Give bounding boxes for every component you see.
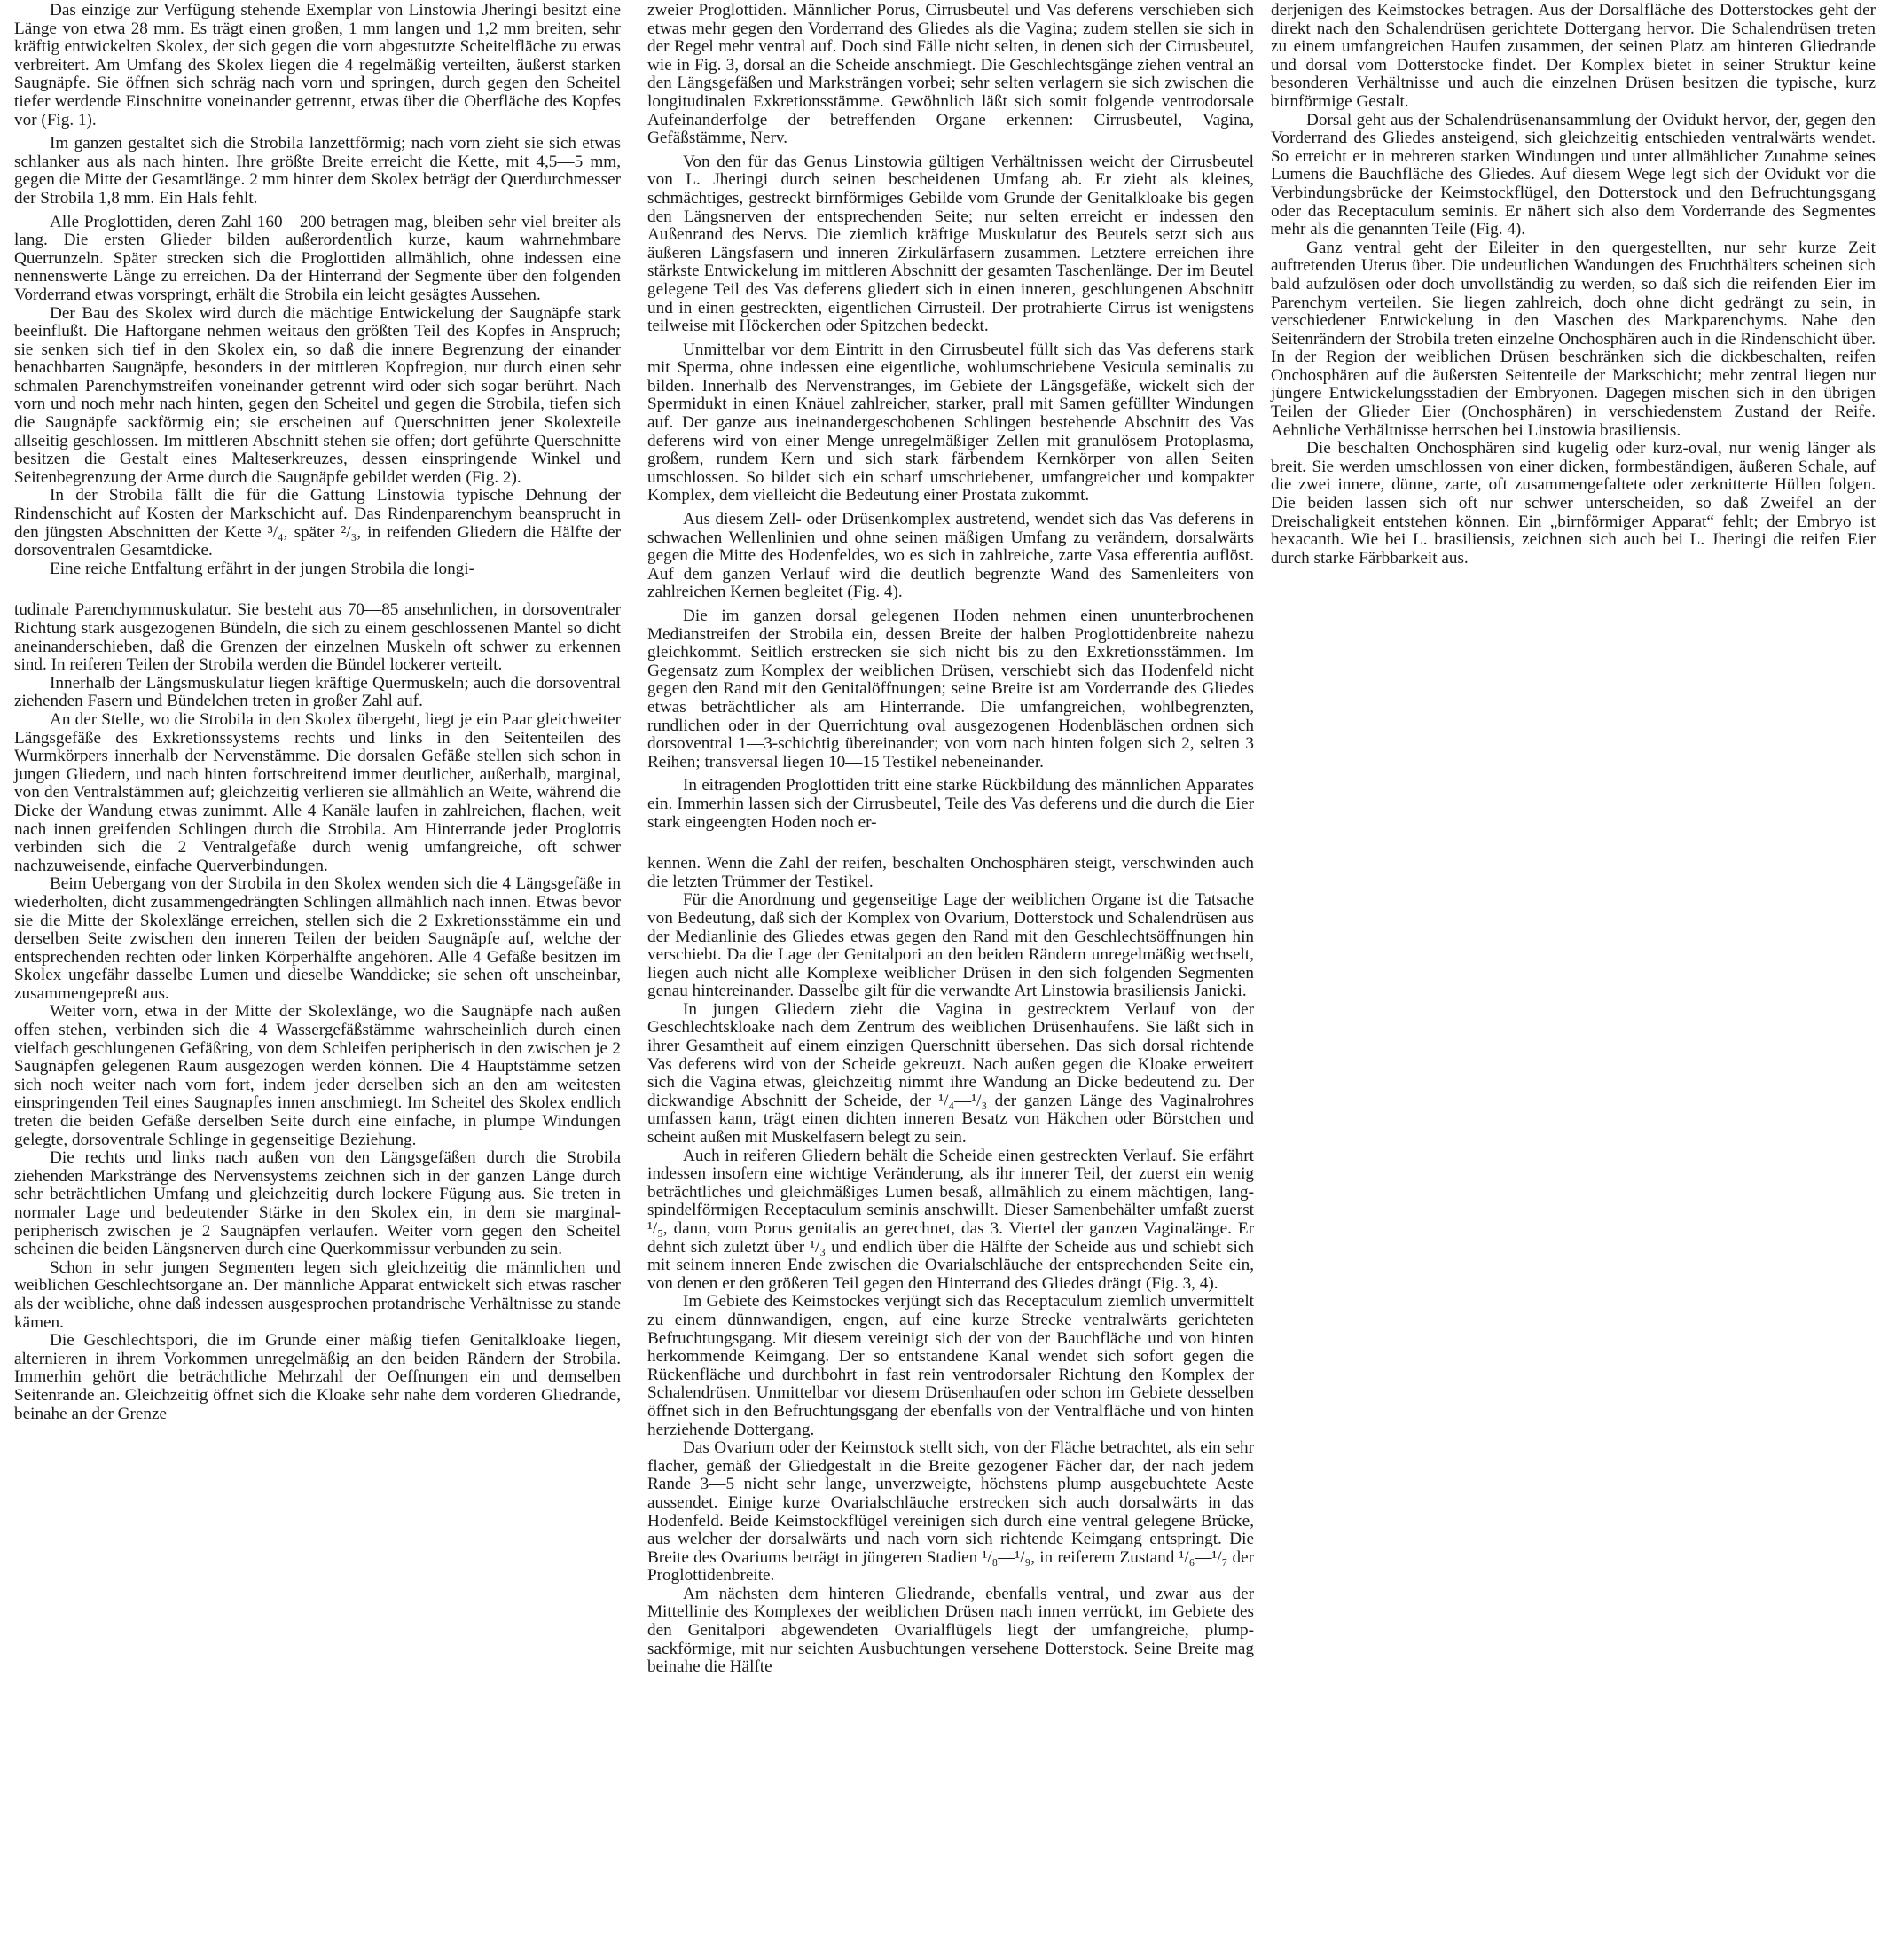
paragraph: Ganz ventral geht der Eileiter in den qu… <box>1271 239 1876 441</box>
paragraph-continuation: kennen. Wenn die Zahl der reifen, bescha… <box>647 855 1254 891</box>
paragraph: Dorsal geht aus der Schalendrüsenansamml… <box>1271 112 1876 239</box>
paragraph: Im ganzen gestaltet sich die Strobila la… <box>14 135 621 208</box>
paragraph: Der Bau des Skolex wird durch die mächti… <box>14 305 621 488</box>
paragraph: Die im ganzen dorsal gelegenen Hoden neh… <box>647 607 1254 771</box>
text-column-2: zweier Proglottiden. Männlicher Porus, C… <box>647 2 1254 1677</box>
paragraph: Das einzige zur Verfügung stehende Exemp… <box>14 2 621 129</box>
paragraph: An der Stelle, wo die Strobila in den Sk… <box>14 711 621 875</box>
paragraph: Innerhalb der Längsmuskulatur liegen krä… <box>14 675 621 711</box>
paragraph: In der Strobila fällt die für die Gattun… <box>14 487 621 560</box>
paragraph: In eitragenden Proglottiden tritt eine s… <box>647 777 1254 832</box>
paragraph: Schon in sehr jungen Segmenten legen sic… <box>14 1259 621 1332</box>
paragraph: Die Geschlechtspori, die im Grunde einer… <box>14 1332 621 1423</box>
paragraph: Weiter vorn, etwa in der Mitte der Skole… <box>14 1003 621 1149</box>
paragraph: Alle Proglottiden, deren Zahl 160—200 be… <box>14 214 621 305</box>
paragraph: Beim Uebergang von der Strobila in den S… <box>14 875 621 1003</box>
paragraph: Am nächsten dem hinteren Gliedrande, ebe… <box>647 1586 1254 1677</box>
paragraph: Eine reiche Entfaltung erfährt in der ju… <box>14 560 621 579</box>
paragraph: Die beschalten Onchosphären sind kugelig… <box>1271 440 1876 568</box>
paragraph: Im Gebiete des Keimstockes verjüngt sich… <box>647 1293 1254 1439</box>
paragraph: Für die Anordnung und gegenseitige Lage … <box>647 891 1254 1001</box>
paragraph-continuation: tudinale Parenchymmuskulatur. Sie besteh… <box>14 601 621 674</box>
paragraph: Das Ovarium oder der Keimstock stellt si… <box>647 1439 1254 1586</box>
paragraph-continuation: derjenigen des Keimstockes betragen. Aus… <box>1271 2 1876 112</box>
paragraph: Auch in reiferen Gliedern behält die Sch… <box>647 1147 1254 1294</box>
paragraph: Von den für das Genus Linstowia gültigen… <box>647 153 1254 336</box>
text-column-3: derjenigen des Keimstockes betragen. Aus… <box>1271 2 1876 568</box>
text-column-1: Das einzige zur Verfügung stehende Exemp… <box>14 2 621 1423</box>
paragraph: In jungen Gliedern zieht die Vagina in g… <box>647 1001 1254 1147</box>
paragraph: Unmittelbar vor dem Eintritt in den Cirr… <box>647 341 1254 505</box>
paragraph: Aus diesem Zell- oder Drüsenkomplex aust… <box>647 511 1254 602</box>
paragraph: Die rechts und links nach außen von den … <box>14 1149 621 1259</box>
paragraph-continuation: zweier Proglottiden. Männlicher Porus, C… <box>647 2 1254 148</box>
